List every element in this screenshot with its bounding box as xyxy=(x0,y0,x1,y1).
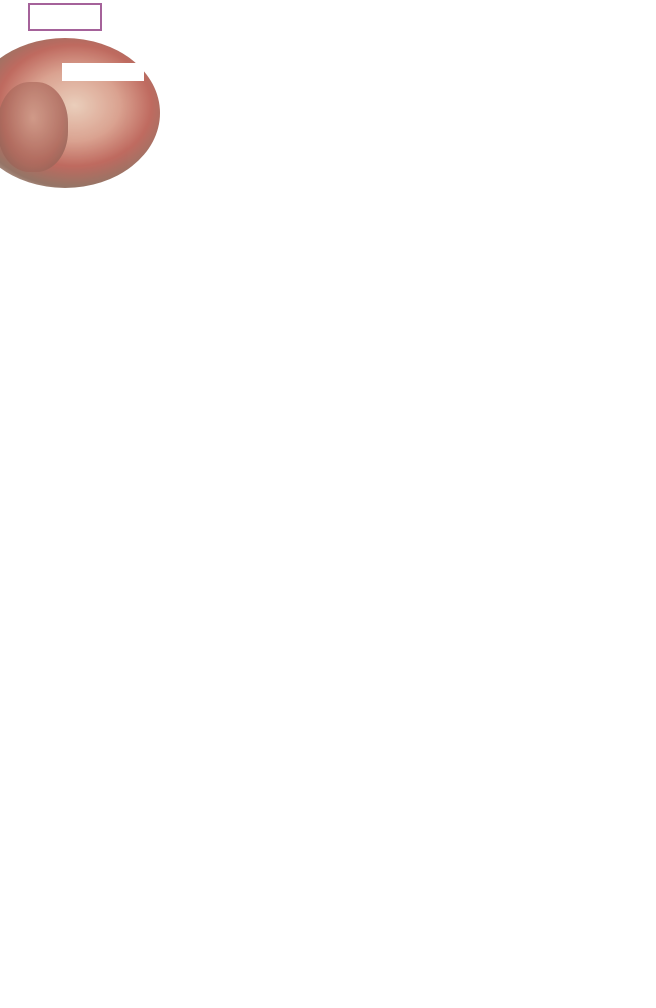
portrait-face xyxy=(0,82,68,172)
logo-badge xyxy=(28,3,102,31)
portrait-image xyxy=(0,38,160,188)
mask-patch xyxy=(62,63,144,81)
